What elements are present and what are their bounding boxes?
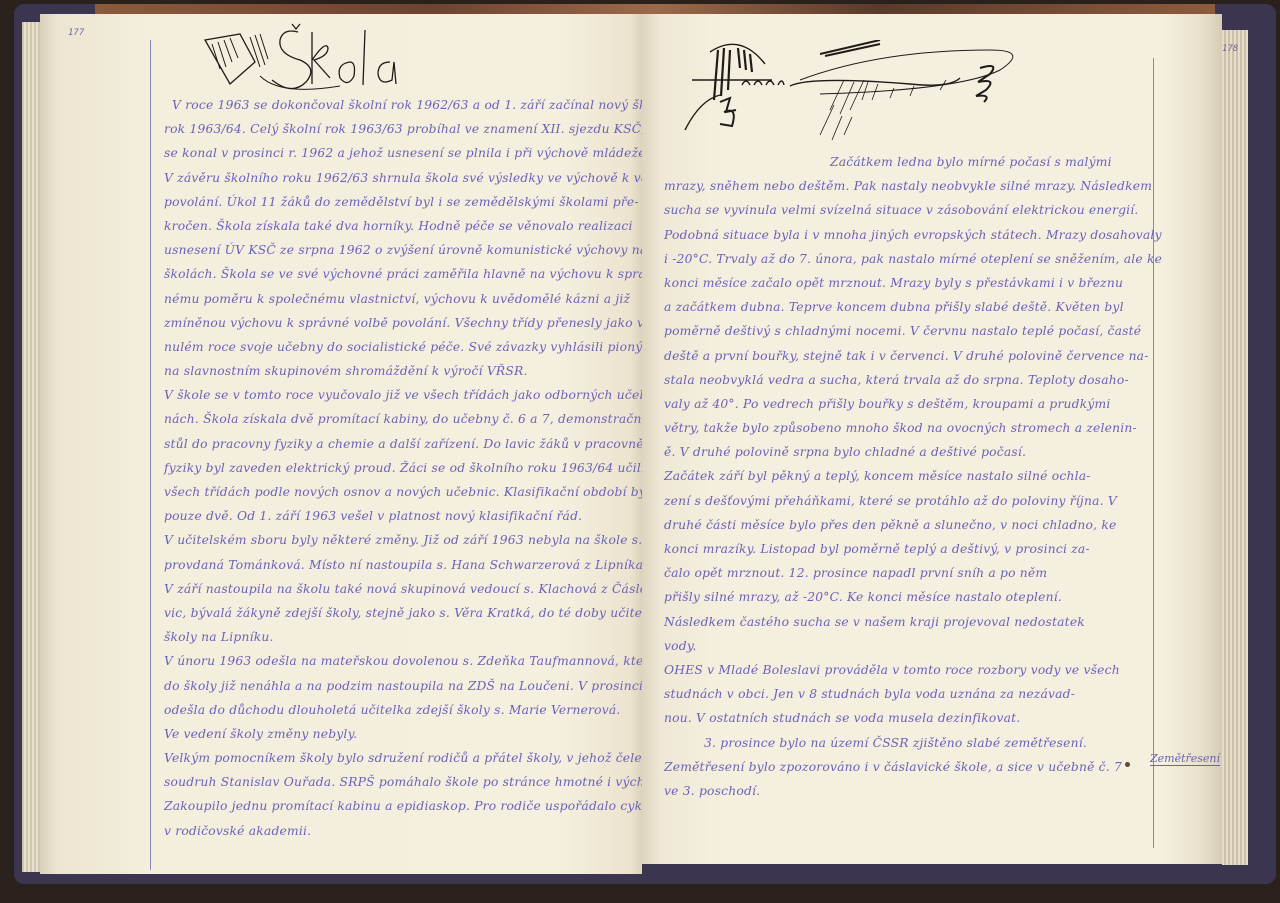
text-line: i -20°C. Trvaly až do 7. února, pak nast… — [664, 247, 1162, 271]
text-line: valy až 40°. Po vedrech přišly bouřky s … — [664, 392, 1162, 416]
text-line: poměrně deštivý s chladnými nocemi. V če… — [664, 319, 1162, 343]
text-line: Začátek září byl pěkný a teplý, koncem m… — [664, 464, 1162, 488]
text-line: Zemětřesení bylo zpozorováno i v čáslavi… — [664, 755, 1162, 779]
text-line: mrazy, sněhem nebo deštěm. Pak nastaly n… — [664, 174, 1162, 198]
right-page-number: 178 — [1222, 44, 1238, 54]
text-line: a začátkem dubna. Teprve koncem dubna př… — [664, 295, 1162, 319]
text-line: druhé části měsíce bylo přes den pěkně a… — [664, 513, 1162, 537]
text-line: čalo opět mrznout. 12. prosince napadl p… — [664, 561, 1162, 585]
text-line: stala neobvyklá vedra a sucha, která trv… — [664, 368, 1162, 392]
text-line: studnách v obci. Jen v 8 studnách byla v… — [664, 682, 1162, 706]
page-edges-right — [1222, 30, 1248, 865]
text-line: Podobná situace byla i v mnoha jiných ev… — [664, 223, 1162, 247]
ink-dot — [1125, 762, 1130, 767]
text-line: Následkem častého sucha se v našem kraji… — [664, 610, 1162, 634]
text-line: Začátkem ledna bylo mírné počasí s malým… — [664, 150, 1162, 174]
text-line: sucha se vyvinula velmi svízelná situace… — [664, 198, 1162, 222]
school-heading-drawing: Škola — [200, 22, 420, 102]
left-page-number: 177 — [68, 28, 84, 38]
text-line: konci měsíce začalo opět mrznout. Mrazy … — [664, 271, 1162, 295]
text-line: konci mrazíky. Listopad byl poměrně tepl… — [664, 537, 1162, 561]
text-line: ě. V druhé polovině srpna bylo chladné a… — [664, 440, 1162, 464]
left-margin-line — [150, 40, 151, 870]
page-edges-left — [22, 22, 42, 872]
text-line: deště a první bouřky, stejně tak i v čer… — [664, 344, 1162, 368]
weather-heading-drawing: Počasí — [680, 40, 1040, 150]
side-note-earthquake: Zemětřesení — [1150, 752, 1220, 766]
text-line: přišly silné mrazy, až -20°C. Ke konci m… — [664, 585, 1162, 609]
text-line: vody. — [664, 634, 1162, 658]
text-line: ve 3. poschodí. — [664, 779, 1162, 803]
right-page-body: Začátkem ledna bylo mírné počasí s malým… — [664, 150, 1162, 803]
text-line: větry, takže bylo způsobeno mnoho škod n… — [664, 416, 1162, 440]
text-line: 3. prosince bylo na území ČSSR zjištěno … — [664, 731, 1162, 755]
text-line: nou. V ostatních studnách se voda musela… — [664, 706, 1162, 730]
text-line: OHES v Mladé Boleslavi prováděla v tomto… — [664, 658, 1162, 682]
text-line: zení s dešťovými přeháňkami, které se pr… — [664, 489, 1162, 513]
